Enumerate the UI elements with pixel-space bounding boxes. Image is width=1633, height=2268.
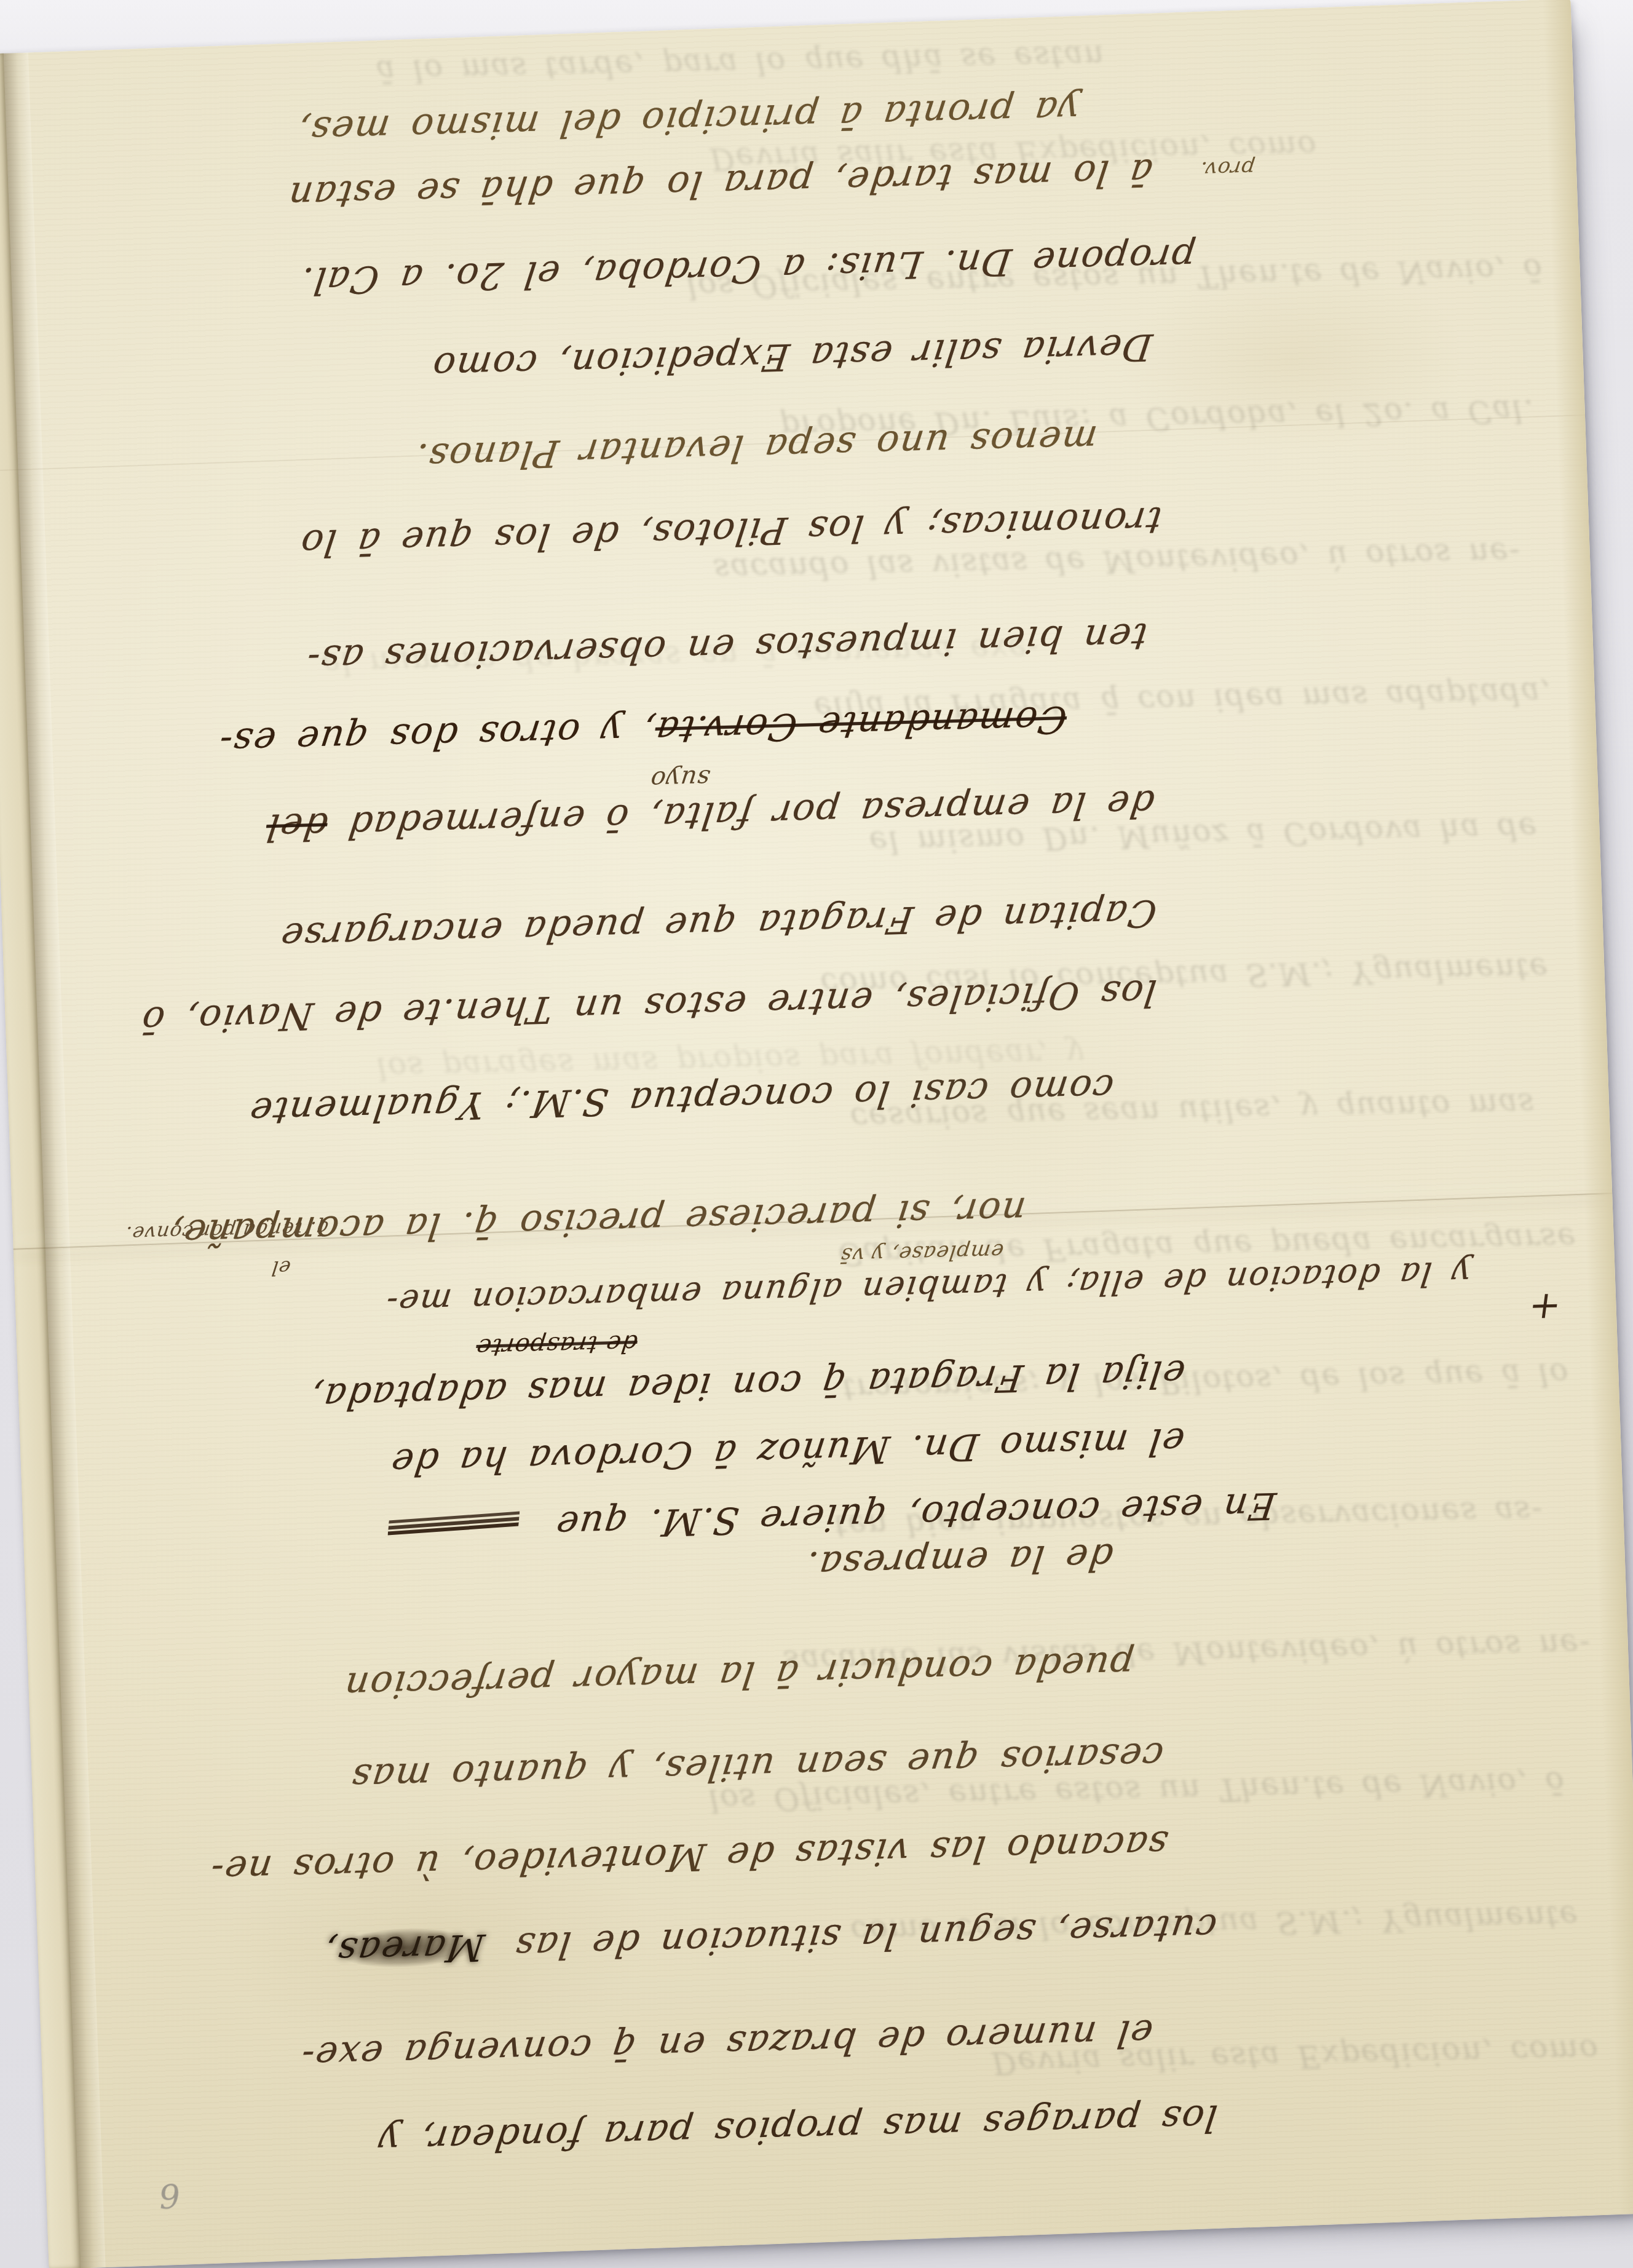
strikeout-scribble	[387, 1510, 520, 1537]
folio-number-pencil: 6	[156, 2179, 182, 2213]
manuscript-line: de la empresa.	[803, 1538, 1115, 1584]
interline-strikethrough: de trasporte	[475, 1331, 639, 1360]
marginal-abbreviation: prov.	[1198, 157, 1256, 180]
interline-insertion: suyo	[649, 766, 711, 792]
letter-content: Devria salir esta Expedicion, comocomo c…	[0, 0, 1633, 2268]
interline-insertion: emplease, y vs̄	[839, 1240, 1005, 1266]
bleedthrough-line: ā lo mas tarde, para lo que dhā se estan	[376, 41, 1105, 87]
struck-word: del	[263, 804, 330, 849]
interline-insertion: q̄. tenga por conve.	[124, 1218, 330, 1243]
line-text: de la empresa.	[802, 1535, 1115, 1587]
bleedthrough-text: ā lo mas tarde, para lo que dhā se estan	[376, 38, 1105, 89]
margin-plus-mark: +	[1525, 1287, 1563, 1326]
interline-insertion: el	[270, 1258, 291, 1279]
scan-backdrop: { "palette":{ "backdrop":"#e3e2e7", "pap…	[0, 0, 1633, 2268]
manuscript-page: Devria salir esta Expedicion, comocomo c…	[0, 0, 1633, 2268]
